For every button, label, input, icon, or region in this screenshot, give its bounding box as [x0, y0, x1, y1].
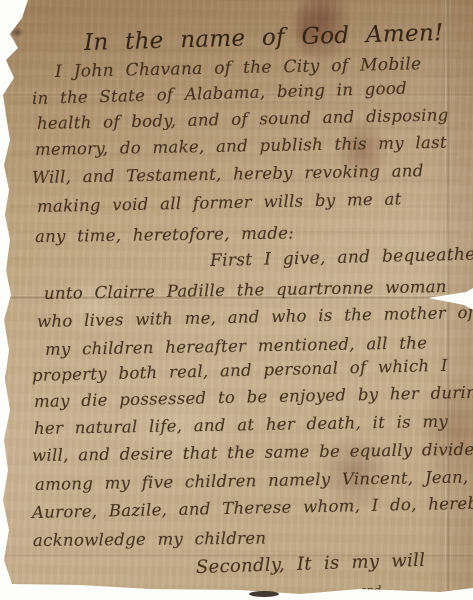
text-line: property both real, and personal of whic…	[32, 356, 448, 385]
edge-speck	[0, 452, 5, 459]
document-paper: In the name of God Amen! I John Chavana …	[0, 0, 473, 600]
text-line: any time, heretofore, made:	[35, 223, 294, 246]
text-line: my children hereafter mentioned, all the	[45, 333, 427, 359]
edge-speck	[1, 372, 6, 379]
text-line: making void all former wills by me at	[37, 189, 402, 216]
text-line: who lives with me, and who is the mother…	[37, 303, 473, 331]
document-photo: In the name of God Amen! I John Chavana …	[0, 0, 473, 600]
text-line-title: In the name of God Amen!	[84, 20, 444, 56]
text-line: I John Chavana of the City of Mobile	[55, 54, 422, 82]
text-line: memory, do make, and publish this my las…	[35, 133, 447, 159]
text-line: health of body, and of sound and disposi…	[37, 105, 449, 133]
text-line: Aurore, Bazile, and Therese whom, I do, …	[32, 493, 473, 522]
text-line: unto Clairre Padille the quartronne woma…	[44, 277, 447, 303]
text-line-second-clause: Secondly, It is my will	[196, 550, 426, 578]
text-line: will, and desire that the same be equall…	[32, 440, 473, 465]
text-line: in the State of Alabama, being in good	[32, 79, 407, 108]
paper-edge-shadow	[249, 591, 279, 597]
text-line: among my five children namely Vincent, J…	[35, 467, 469, 494]
text-line: may die possessed to be enjoyed by her d…	[34, 382, 473, 411]
catchword: and	[360, 584, 382, 597]
text-line: acknowledge my children	[33, 529, 266, 550]
text-line-first-clause: First I give, and bequeathe	[210, 245, 473, 271]
text-line: her natural life, and at her death, it i…	[34, 412, 448, 438]
text-line: Will, and Testament, hereby revoking and	[32, 161, 424, 187]
ink-smudge-mark	[10, 27, 24, 38]
